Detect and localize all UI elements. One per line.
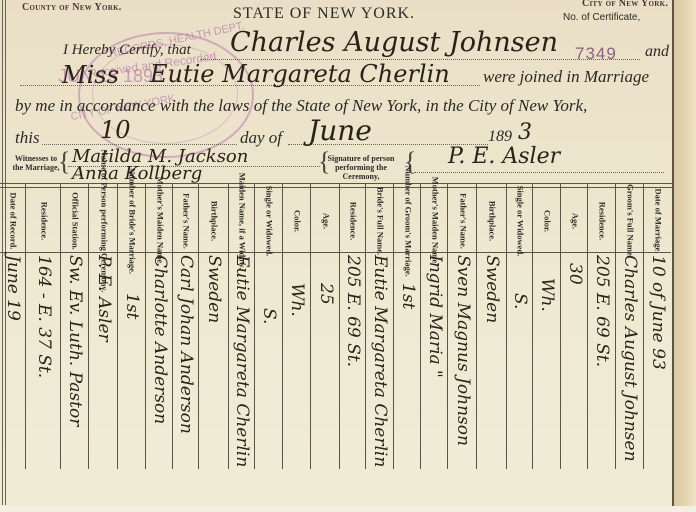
column-bride-color: Color. Wh. — [282, 183, 311, 469]
column-header: Residence. — [349, 202, 358, 240]
cell-value: Ingrid Maria " — [425, 255, 445, 378]
groom-name-handwritten: Charles August Johnsen — [230, 27, 558, 58]
cell-value: Sw. Ev. Luth. Pastor — [65, 255, 85, 426]
cell-value: June 19 — [3, 255, 23, 321]
cell-value: Eutie Margareta Cherlin — [232, 255, 252, 467]
day-line — [42, 144, 237, 145]
column-header: Date of Marriage. — [653, 189, 662, 254]
and-label: and — [645, 43, 669, 61]
column-date-of-marriage: Date of Marriage. 10 of June 93 — [643, 183, 671, 469]
cell-value: Wh. — [537, 278, 557, 312]
county-label: County of New York. — [22, 2, 122, 13]
column-header: Birthplace. — [210, 201, 219, 241]
cell-value: 10 of June 93 — [648, 255, 668, 370]
cell-value: S. — [510, 293, 530, 309]
column-header: Groom's Full Name. — [626, 184, 635, 258]
column-header: Single or Widowed. — [516, 186, 525, 257]
column-header: Birthplace. — [488, 201, 497, 241]
bride-name-handwritten: Eutie Margareta Cherlin — [150, 60, 450, 88]
column-header: Residence. — [39, 202, 48, 240]
cell-value: P. E. Asler — [94, 255, 114, 342]
column-groom-full-name: Groom's Full Name. Charles August Johnse… — [615, 183, 644, 469]
year-suffix: 3 — [518, 120, 532, 145]
column-bride-birthplace: Birthplace. Sweden — [198, 183, 229, 469]
column-header: Age. — [321, 213, 330, 229]
column-header: Single or Widowed. — [265, 186, 274, 257]
joined-text: were joined in Marriage — [483, 67, 649, 87]
column-official-station: Official Station. Sw. Ev. Luth. Pastor — [60, 183, 89, 469]
signature-line — [414, 172, 664, 173]
witnesses-brace: { — [58, 147, 70, 177]
paper-edge-bottom — [0, 506, 696, 512]
certificate-page: County of New York. STATE OF NEW YORK. C… — [0, 0, 674, 506]
column-header: Bride's Full Name. — [376, 187, 385, 255]
cell-value: Wh. — [287, 283, 307, 317]
column-header: Number of Bride's Marriage. — [128, 168, 137, 274]
certificate-number-label: No. of Certificate, — [563, 12, 640, 23]
column-header: Age. — [570, 213, 579, 229]
day-of-label: day of — [240, 128, 282, 148]
column-groom-mother-maiden-name: Mother's Maiden Name. Ingrid Maria " — [420, 183, 448, 469]
law-text: by me in accordance with the laws of the… — [15, 96, 587, 116]
certificate-number: 7349 — [575, 44, 617, 64]
column-bride-age: Age. 25 — [310, 183, 340, 469]
column-officiant-name: Name of Person performing Ceremony. P. E… — [88, 183, 118, 469]
column-header: Mother's Maiden Name. — [430, 177, 439, 266]
column-header: Official Station. — [71, 192, 80, 250]
column-header: Color. — [543, 210, 552, 232]
column-bride-single-or-widowed: Single or Widowed. S. — [254, 183, 283, 469]
cell-value: 25 — [316, 283, 336, 305]
cell-value: 1st — [122, 293, 142, 319]
column-groom-marriage-number: Number of Groom's Marriage. 1st — [393, 183, 421, 469]
column-header: Date of Record. — [8, 193, 17, 250]
column-bride-mother-maiden-name: Mother's Maiden Name. Charlotte Anderson — [145, 183, 173, 469]
column-bride-marriage-number: Number of Bride's Marriage. 1st — [117, 183, 146, 469]
column-officiant-residence: Residence. 164 - E. 37 St. — [25, 183, 61, 469]
cell-value: Eutie Margareta Cherlin — [370, 255, 390, 467]
cell-value: 205 E. 69 St. — [343, 255, 363, 367]
column-bride-full-name: Bride's Full Name. Eutie Margareta Cherl… — [365, 183, 394, 469]
cell-value: Charlotte Anderson — [150, 255, 170, 424]
day-value: 10 — [100, 116, 131, 144]
this-label: this — [15, 128, 40, 148]
column-bride-residence: Residence. 205 E. 69 St. — [339, 183, 366, 469]
witnesses-label: Witnesses to the Marriage, — [12, 154, 60, 172]
column-maiden-name-if-widow: Maiden Name, if a Widow. Eutie Margareta… — [228, 183, 255, 469]
column-bride-father-name: Father's Name. Carl Johan Anderson — [172, 183, 199, 469]
month-value: June — [308, 114, 372, 147]
column-date-of-record: Date of Record. June 19 — [0, 183, 25, 469]
state-title: STATE OF NEW YORK. — [233, 5, 415, 23]
column-header: Father's Name. — [182, 193, 191, 249]
cell-value: Sweden — [204, 255, 224, 323]
column-groom-color: Color. Wh. — [532, 183, 561, 469]
cell-value: Charles August Johnsen — [620, 255, 640, 462]
cell-value: Carl Johan Anderson — [176, 255, 196, 434]
cell-value: 164 - E. 37 St. — [34, 255, 54, 378]
signature-label: Signature of person performing the Cerem… — [326, 154, 396, 181]
column-header: Residence. — [598, 202, 607, 240]
cell-value: S. — [259, 308, 279, 324]
paper-edge-right — [674, 0, 696, 512]
bride-prefix: Miss — [62, 61, 119, 89]
cell-value: Sven Magnus Johnson — [453, 255, 473, 446]
column-header: Number of Groom's Marriage. — [403, 165, 412, 277]
certify-intro: I Hereby Certify, that — [63, 42, 191, 59]
city-label: City of New York. — [582, 0, 668, 9]
cell-value: 30 — [565, 263, 585, 285]
cell-value: 205 E. 69 St. — [592, 255, 612, 367]
column-groom-age: Age. 30 — [560, 183, 588, 469]
column-header: Mother's Maiden Name. — [155, 177, 164, 266]
cell-value: Sweden — [482, 255, 502, 323]
column-groom-father-name: Father's Name. Sven Magnus Johnson — [447, 183, 477, 469]
column-groom-residence: Residence. 205 E. 69 St. — [587, 183, 616, 469]
column-groom-single-or-widowed: Single or Widowed. S. — [506, 183, 533, 469]
officiant-signature: P. E. Asler — [448, 144, 560, 169]
column-groom-birthplace: Birthplace. Sweden — [476, 183, 507, 469]
column-header: Father's Name. — [458, 193, 467, 249]
column-header: Color. — [293, 210, 302, 232]
record-table: Date of Record. June 19 Residence. 164 -… — [0, 183, 672, 506]
cell-value: 1st — [398, 283, 418, 309]
